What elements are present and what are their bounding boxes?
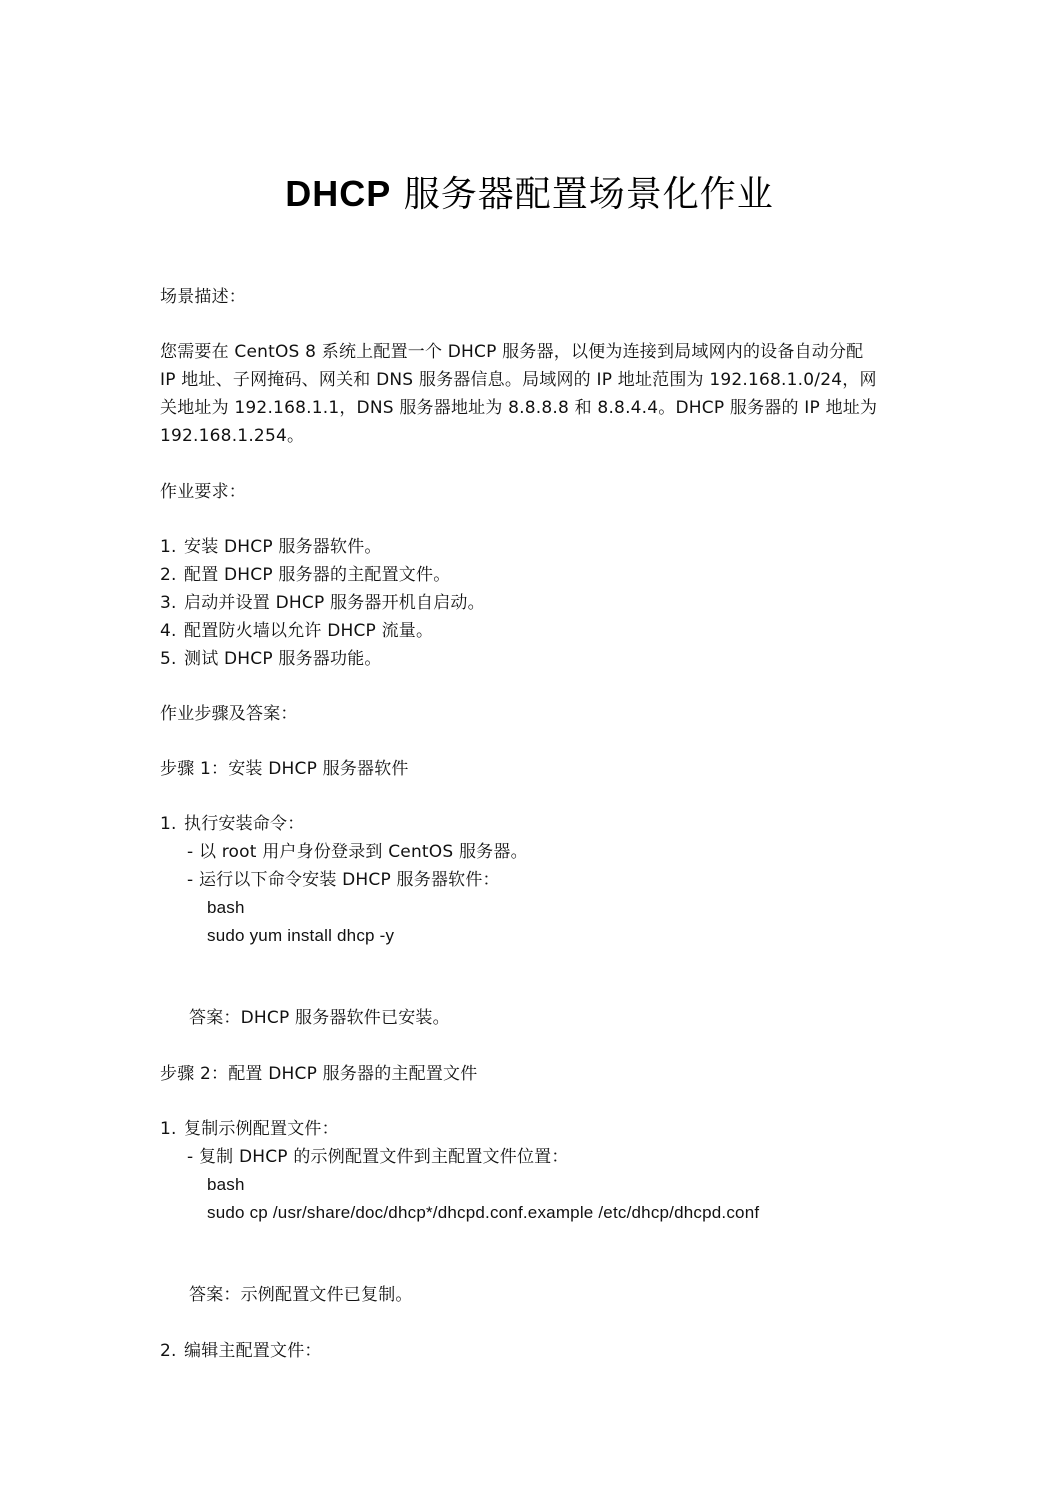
step1-heading: 步骤 1：安装 DHCP 服务器软件 [160, 755, 409, 783]
requirement-item: 5.测试 DHCP 服务器功能。 [160, 645, 382, 673]
code-command: sudo yum install dhcp -y [207, 922, 394, 950]
step2-heading: 步骤 2：配置 DHCP 服务器的主配置文件 [160, 1060, 477, 1088]
scenario-heading: 场景描述： [160, 283, 246, 311]
step1-bullet: - 以 root 用户身份登录到 CentOS 服务器。 [187, 838, 528, 866]
step2-item: 2.编辑主配置文件： [160, 1337, 322, 1365]
scenario-line: 您需要在 CentOS 8 系统上配置一个 DHCP 服务器，以便为连接到局域网… [160, 338, 863, 366]
requirement-item: 1.安装 DHCP 服务器软件。 [160, 533, 382, 561]
step2-bullet: - 复制 DHCP 的示例配置文件到主配置文件位置： [187, 1143, 569, 1171]
step1-answer: 答案：DHCP 服务器软件已安装。 [189, 1004, 450, 1032]
requirement-item: 4.配置防火墙以允许 DHCP 流量。 [160, 617, 433, 645]
code-lang: bash [207, 1171, 245, 1199]
scenario-line: 关地址为 192.168.1.1，DNS 服务器地址为 8.8.8.8 和 8.… [160, 394, 877, 422]
code-lang: bash [207, 894, 245, 922]
steps-heading: 作业步骤及答案： [160, 700, 298, 728]
step2-item: 1.复制示例配置文件： [160, 1115, 339, 1143]
requirements-heading: 作业要求： [160, 478, 246, 506]
code-command: sudo cp /usr/share/doc/dhcp*/dhcpd.conf.… [207, 1199, 759, 1227]
page-title: DHCP 服务器配置场景化作业 [0, 168, 1059, 221]
scenario-line: IP 地址、子网掩码、网关和 DNS 服务器信息。局域网的 IP 地址范围为 1… [160, 366, 877, 394]
requirement-item: 2.配置 DHCP 服务器的主配置文件。 [160, 561, 450, 589]
step2-answer: 答案：示例配置文件已复制。 [189, 1281, 413, 1309]
step1-bullet: - 运行以下命令安装 DHCP 服务器软件： [187, 866, 500, 894]
requirement-item: 3.启动并设置 DHCP 服务器开机自启动。 [160, 589, 485, 617]
scenario-line: 192.168.1.254。 [160, 422, 304, 450]
step1-item: 1.执行安装命令： [160, 810, 304, 838]
